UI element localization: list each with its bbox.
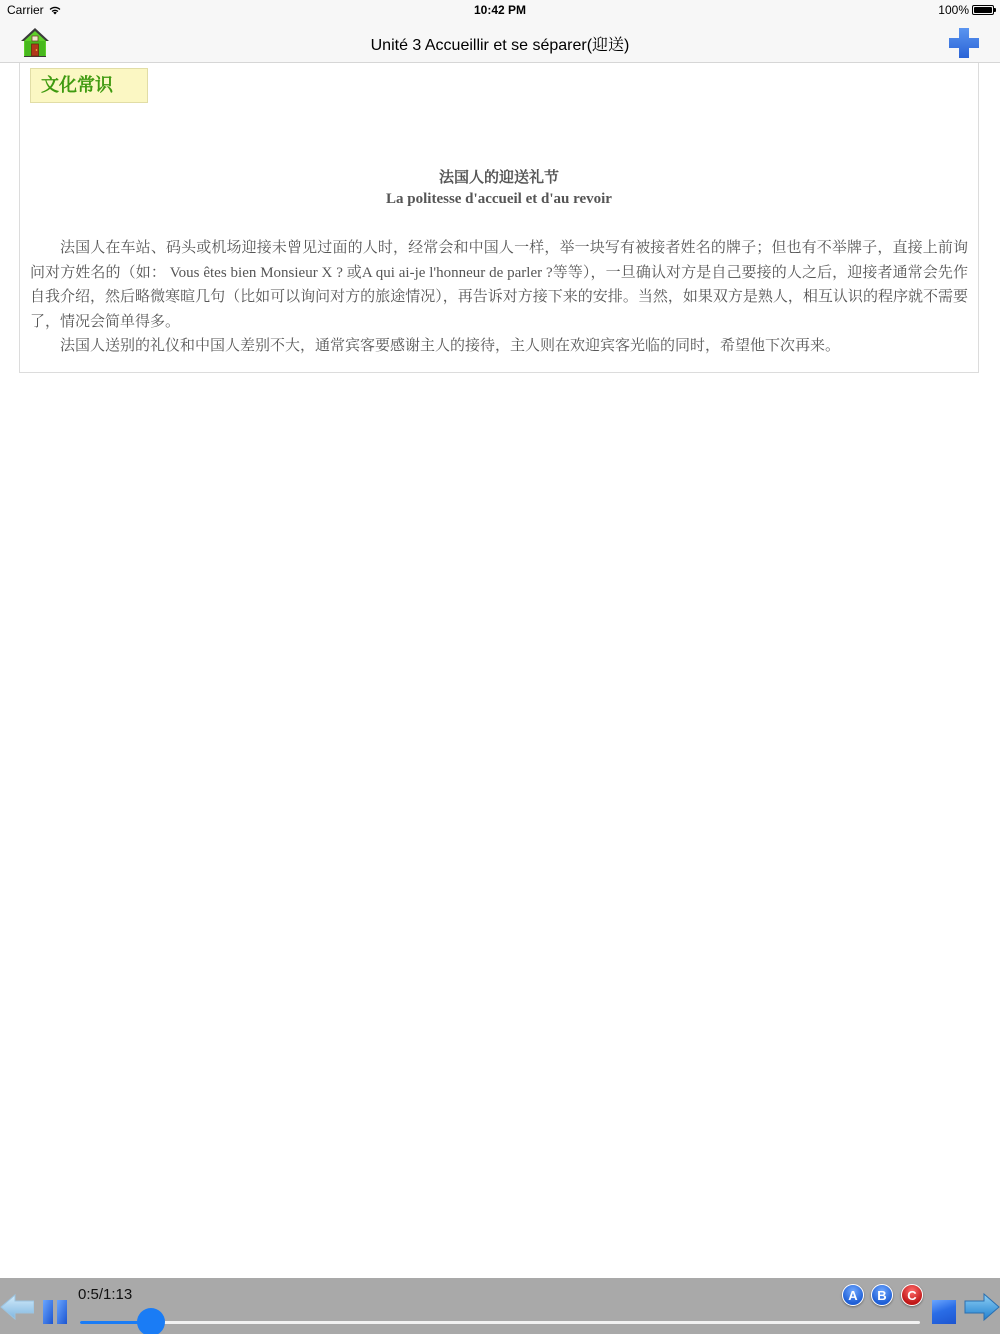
battery-info: 100% <box>938 3 994 17</box>
navigation-bar: Unité 3 Accueillir et se séparer(迎送) <box>0 22 1000 63</box>
next-button[interactable] <box>964 1292 1000 1322</box>
status-bar: Carrier 10:42 PM 100% <box>0 0 1000 22</box>
pause-button[interactable] <box>43 1300 67 1324</box>
playback-time: 0:5/1:13 <box>78 1286 132 1303</box>
clock: 10:42 PM <box>0 3 1000 17</box>
slider-thumb[interactable] <box>137 1308 165 1334</box>
previous-button[interactable] <box>0 1292 34 1322</box>
paragraph-text: 或 <box>347 264 362 281</box>
french-example: Vous êtes bien Monsieur X ? <box>166 265 347 281</box>
plus-icon <box>948 27 980 59</box>
progress-slider[interactable] <box>80 1321 920 1324</box>
option-a-button[interactable]: A <box>842 1284 864 1306</box>
arrow-left-icon <box>0 1292 34 1322</box>
article-body: 法国人在车站、码头或机场迎接未曾见过面的人时，经常会和中国人一样，举一块写有被接… <box>30 236 968 359</box>
add-button[interactable] <box>948 27 980 59</box>
option-c-button[interactable]: C <box>901 1284 923 1306</box>
pause-icon <box>43 1300 67 1324</box>
option-b-button[interactable]: B <box>871 1284 893 1306</box>
article-subtitle: La politesse d'accueil et d'au revoir <box>20 191 978 208</box>
paragraph: 法国人送别的礼仪和中国人差别不大，通常宾客要感谢主人的接待，主人则在欢迎宾客光临… <box>30 334 968 359</box>
french-example: A qui ai-je l'honneur de parler ? <box>362 265 553 281</box>
battery-percent: 100% <box>938 3 969 17</box>
content-card: 文化常识 法国人的迎送礼节 La politesse d'accueil et … <box>19 63 979 373</box>
page-title: Unité 3 Accueillir et se séparer(迎送) <box>0 32 1000 55</box>
paragraph: 法国人在车站、码头或机场迎接未曾见过面的人时，经常会和中国人一样，举一块写有被接… <box>30 236 968 334</box>
audio-player-bar: 0:5/1:13 A B C <box>0 1278 1000 1334</box>
stop-button[interactable] <box>932 1300 956 1324</box>
article-title: 法国人的迎送礼节 <box>20 166 978 187</box>
section-tag: 文化常识 <box>30 68 148 103</box>
battery-icon <box>972 5 994 15</box>
arrow-right-icon <box>964 1292 1000 1322</box>
